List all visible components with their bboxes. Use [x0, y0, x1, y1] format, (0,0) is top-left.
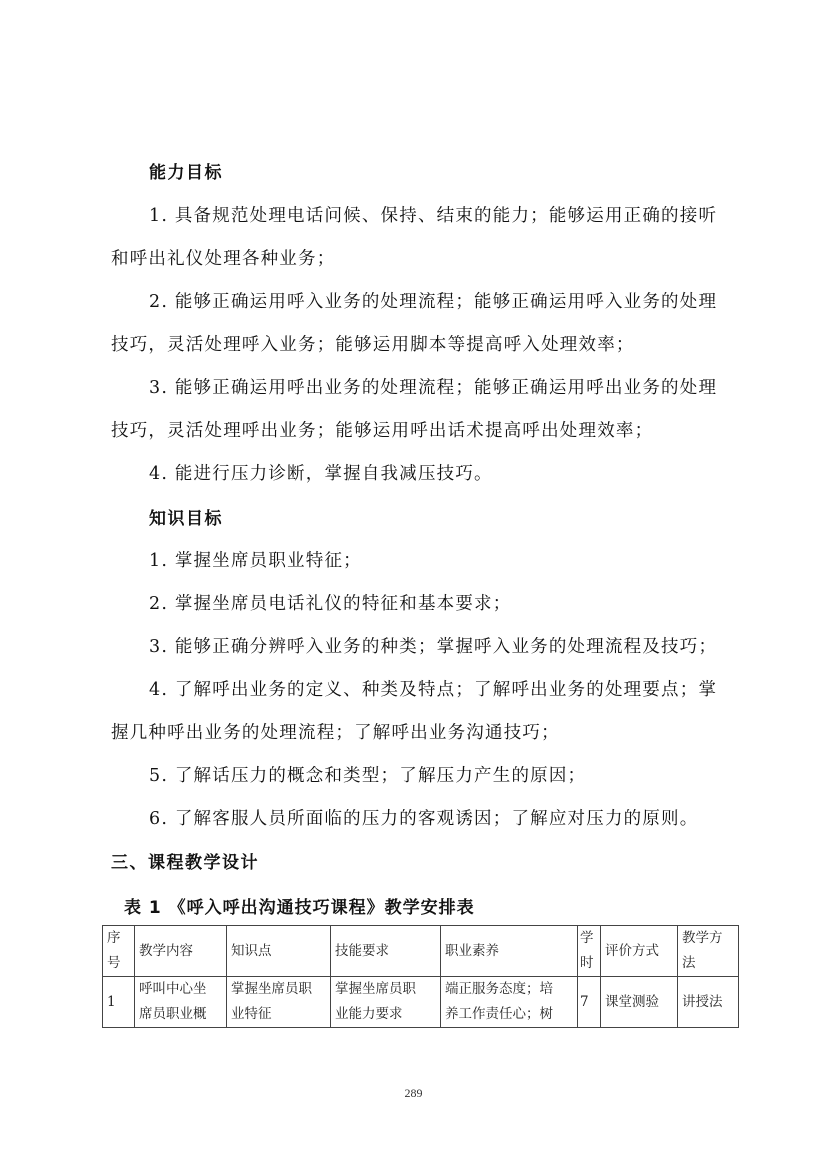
cell-content: 呼叫中心坐席员职业概: [135, 977, 227, 1028]
knowledge-line-3: 3. 能够正确分辨呼入业务的种类；掌握呼入业务的处理流程及技巧；: [149, 633, 717, 658]
cell-method: 讲授法: [678, 977, 739, 1028]
knowledge-line-4: 4. 了解呼出业务的定义、种类及特点；了解呼出业务的处理要点；掌: [149, 676, 717, 701]
knowledge-line-7: 6. 了解客服人员所面临的压力的客观诱因；了解应对压力的原则。: [149, 805, 698, 830]
table-header-row: 序号 教学内容 知识点 技能要求 职业素养 学时 评价方式 教学方法: [103, 926, 739, 977]
header-hours: 学时: [578, 926, 601, 977]
knowledge-line-5: 握几种呼出业务的处理流程；了解呼出业务沟通技巧；: [111, 719, 560, 744]
ability-line-5: 3. 能够正确运用呼出业务的处理流程；能够正确运用呼出业务的处理: [149, 374, 717, 399]
header-knowledge: 知识点: [227, 926, 331, 977]
cell-knowledge: 掌握坐席员职业特征: [227, 977, 331, 1028]
cell-skill: 掌握坐席员职业能力要求: [331, 977, 441, 1028]
table-title: 表 1 《呼入呼出沟通技巧课程》教学安排表: [124, 893, 475, 918]
cell-hours: 7: [578, 977, 601, 1028]
ability-line-2: 和呼出礼仪处理各种业务；: [111, 245, 335, 270]
page-number: 289: [0, 1086, 827, 1101]
ability-line-7: 4. 能进行压力诊断，掌握自我减压技巧。: [149, 460, 493, 485]
ability-line-4: 技巧，灵活处理呼入业务；能够运用脚本等提高呼入处理效率；: [111, 331, 635, 356]
cell-evaluation: 课堂测验: [601, 977, 678, 1028]
header-evaluation: 评价方式: [601, 926, 678, 977]
table-row: 1 呼叫中心坐席员职业概 掌握坐席员职业特征 掌握坐席员职业能力要求 端正服务态…: [103, 977, 739, 1028]
header-seq: 序号: [103, 926, 135, 977]
ability-line-3: 2. 能够正确运用呼入业务的处理流程；能够正确运用呼入业务的处理: [149, 288, 717, 313]
knowledge-heading: 知识目标: [149, 504, 223, 529]
header-literacy: 职业素养: [441, 926, 578, 977]
knowledge-line-1: 1. 掌握坐席员职业特征；: [149, 547, 362, 572]
header-content: 教学内容: [135, 926, 227, 977]
cell-seq: 1: [103, 977, 135, 1028]
header-method: 教学方法: [678, 926, 739, 977]
cell-literacy: 端正服务态度；培养工作责任心；树: [441, 977, 578, 1028]
teaching-schedule-table: 序号 教学内容 知识点 技能要求 职业素养 学时 评价方式 教学方法 1 呼叫中…: [102, 925, 739, 1028]
ability-heading: 能力目标: [149, 158, 223, 183]
header-skill: 技能要求: [331, 926, 441, 977]
section-heading-course-design: 三、课程教学设计: [111, 848, 259, 873]
ability-line-1: 1. 具备规范处理电话问候、保持、结束的能力；能够运用正确的接听: [149, 202, 717, 227]
knowledge-line-2: 2. 掌握坐席员电话礼仪的特征和基本要求；: [149, 590, 511, 615]
ability-line-6: 技巧，灵活处理呼出业务；能够运用呼出话术提高呼出处理效率；: [111, 417, 653, 442]
knowledge-line-6: 5. 了解话压力的概念和类型；了解压力产生的原因；: [149, 762, 586, 787]
